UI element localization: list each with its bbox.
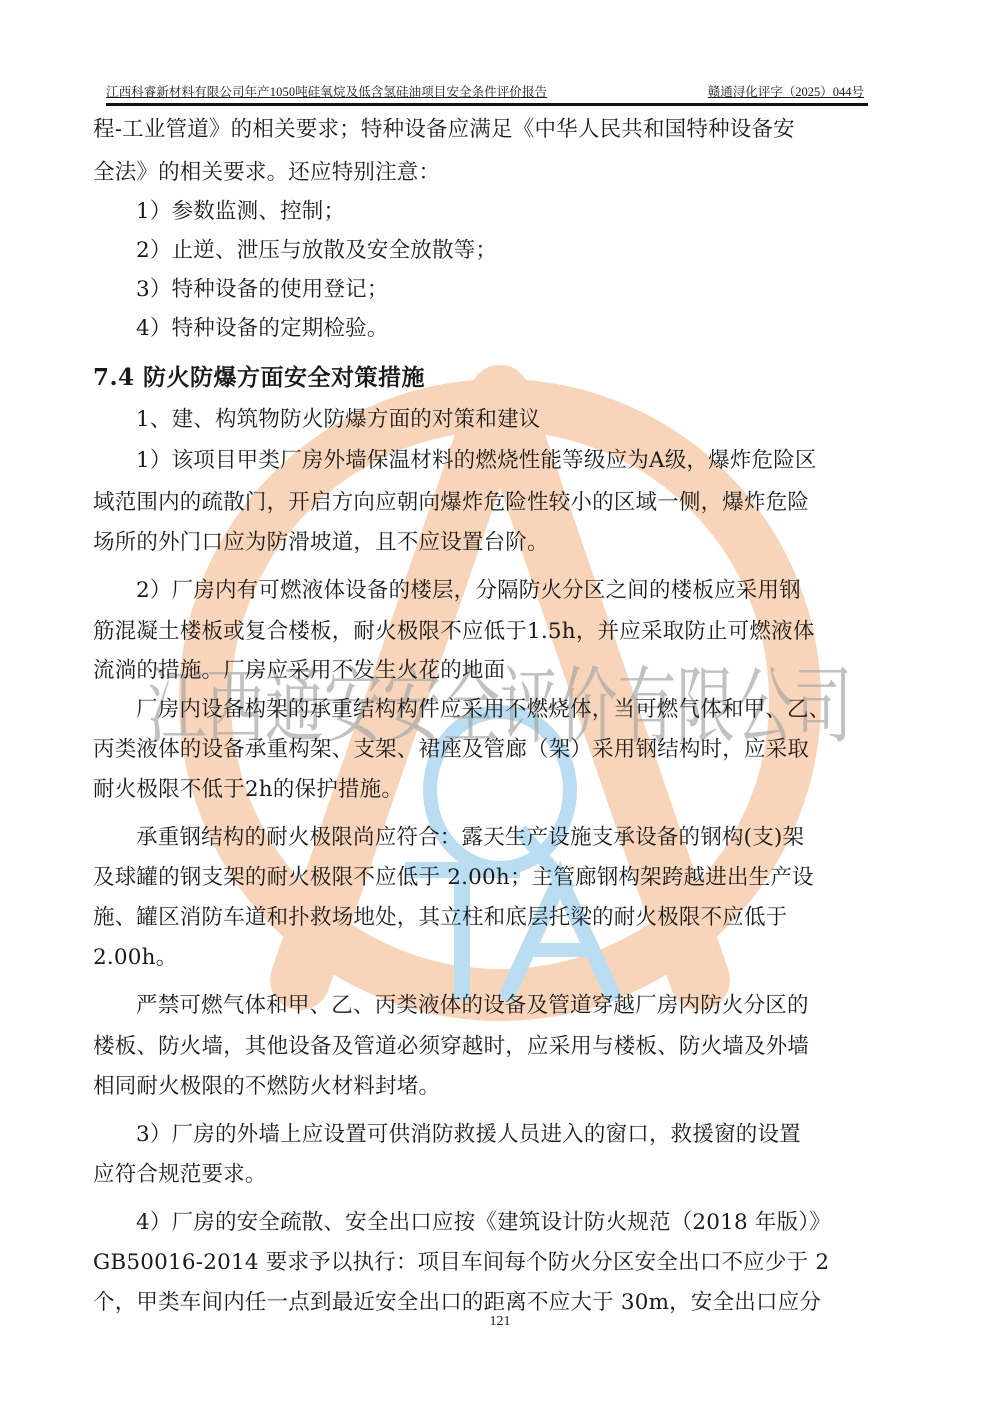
paragraph-line: 全法》的相关要求。还应特别注意： bbox=[93, 158, 440, 188]
paragraph-line: 相同耐火极限的不燃防火材料封堵。 bbox=[93, 1072, 440, 1102]
paragraph-line: 程-工业管道》的相关要求；特种设备应满足《中华人民共和国特种设备安 bbox=[93, 115, 795, 145]
paragraph-line: 施、罐区消防车道和扑救场地处，其立柱和底层托梁的耐火极限不应低于 bbox=[93, 903, 787, 933]
running-header: 江西科睿新材料有限公司年产1050吨硅氧烷及低含氢硅油项目安全条件评价报告 赣通… bbox=[106, 81, 868, 106]
section-heading: 7.4 防火防爆方面安全对策措施 bbox=[93, 363, 425, 393]
paragraph-line: 筋混凝土楼板或复合楼板，耐火极限不应低于1.5h，并应采取防止可燃液体 bbox=[93, 617, 815, 647]
list-item: 3）特种设备的使用登记； bbox=[136, 275, 389, 305]
subsection-heading: 1、建、构筑物防火防爆方面的对策和建议 bbox=[136, 405, 540, 435]
paragraph-line: 厂房内设备构架的承重结构构件应采用不燃烧体，当可燃气体和甲、乙、 bbox=[136, 695, 830, 725]
paragraph-line: 楼板、防火墙，其他设备及管道必须穿越时，应采用与楼板、防火墙及外墙 bbox=[93, 1032, 809, 1062]
paragraph-line: 个，甲类车间内任一点到最近安全出口的距离不应大于 30m，安全出口应分 bbox=[93, 1288, 821, 1318]
list-item: 4）特种设备的定期检验。 bbox=[136, 314, 389, 344]
paragraph-line: GB50016-2014 要求予以执行：项目车间每个防火分区安全出口不应少于 2 bbox=[93, 1248, 829, 1278]
paragraph-line: 域范围内的疏散门，开启方向应朝向爆炸危险性较小的区域一侧，爆炸危险 bbox=[93, 488, 809, 518]
paragraph-line: 耐火极限不低于2h的保护措施。 bbox=[93, 775, 403, 805]
paragraph-line: 3）厂房的外墙上应设置可供消防救援人员进入的窗口，救援窗的设置 bbox=[136, 1120, 801, 1150]
paragraph-line: 承重钢结构的耐火极限尚应符合：露天生产设施支承设备的钢构(支)架 bbox=[136, 823, 804, 853]
paragraph-line: 2.00h。 bbox=[93, 943, 177, 973]
paragraph-line: 严禁可燃气体和甲、乙、丙类液体的设备及管道穿越厂房内防火分区的 bbox=[136, 991, 809, 1021]
list-item: 2）止逆、泄压与放散及安全放散等； bbox=[136, 236, 497, 266]
paragraph-line: 流淌的措施。厂房应采用不发生火花的地面 bbox=[93, 656, 505, 686]
list-item: 1）参数监测、控制； bbox=[136, 197, 345, 227]
paragraph-line: 应符合规范要求。 bbox=[93, 1160, 267, 1190]
paragraph-line: 4）厂房的安全疏散、安全出口应按《建筑设计防火规范（2018 年版）》 bbox=[136, 1208, 831, 1238]
paragraph-line: 2）厂房内有可燃液体设备的楼层，分隔防火分区之间的楼板应采用钢 bbox=[136, 576, 801, 606]
report-title: 江西科睿新材料有限公司年产1050吨硅氧烷及低含氢硅油项目安全条件评价报告 bbox=[106, 82, 547, 100]
paragraph-line: 1）该项目甲类厂房外墙保温材料的燃烧性能等级应为A级，爆炸危险区 bbox=[136, 446, 817, 476]
report-number: 赣通浔化评字（2025）044号 bbox=[708, 82, 864, 100]
paragraph-line: 丙类液体的设备承重构架、支架、裙座及管廊（架）采用钢结构时，应采取 bbox=[93, 735, 809, 765]
paragraph-line: 场所的外门口应为防滑坡道，且不应设置台阶。 bbox=[93, 528, 549, 558]
paragraph-line: 及球罐的钢支架的耐火极限不应低于 2.00h；主管廊钢构架跨越进出生产设 bbox=[93, 863, 814, 893]
